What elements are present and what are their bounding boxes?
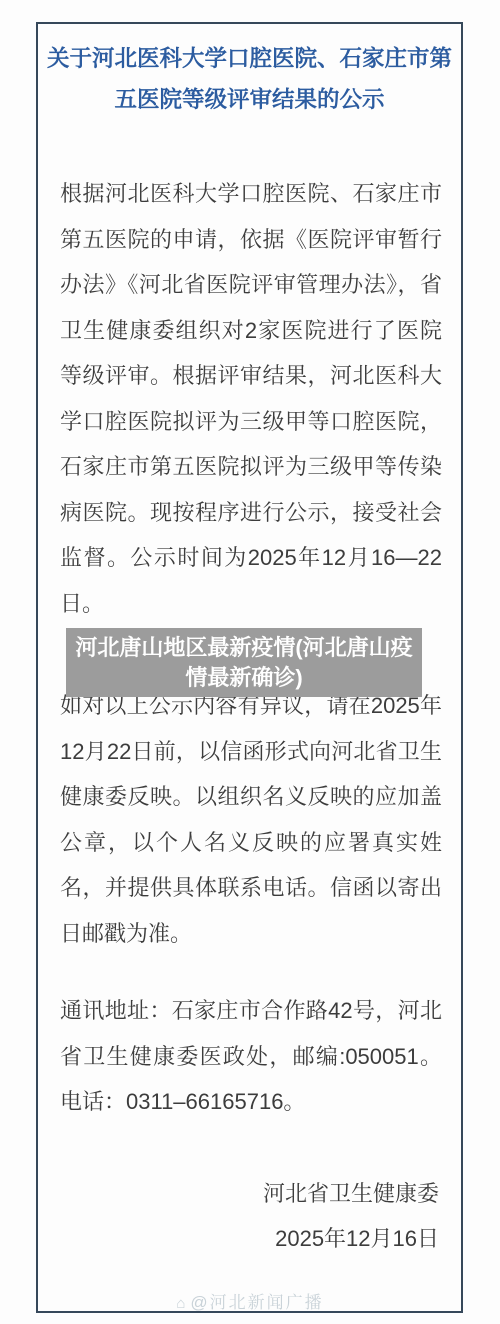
- overlay-title-line2: 情最新确诊): [66, 663, 422, 693]
- issuer-signature: 河北省卫生健康委: [263, 1181, 439, 1207]
- seo-title-overlay: 河北唐山地区最新疫情(河北唐山疫 情最新确诊): [66, 628, 422, 697]
- paragraph-objection-instructions: 如对以上公示内容有异议，请在2025年12月22日前，以信函形式向河北省卫生健康…: [60, 683, 442, 956]
- paragraph-review-result: 根据河北医科大学口腔医院、石家庄市第五医院的申请，依据《医院评审暂行办法》《河北…: [60, 171, 442, 626]
- overlay-title-line1: 河北唐山地区最新疫情(河北唐山疫: [66, 633, 422, 663]
- issue-date: 2025年12月16日: [275, 1226, 439, 1252]
- announcement-page: ⌂@河北新闻广播 关于河北医科大学口腔医院、石家庄市第 五医院等级评审结果的公示…: [0, 0, 500, 1324]
- document-title: 关于河北医科大学口腔医院、石家庄市第 五医院等级评审结果的公示: [38, 38, 461, 120]
- paragraph-contact-address: 通讯地址：石家庄市合作路42号，河北省卫生健康委医政处，邮编:050051。电话…: [60, 988, 442, 1125]
- document-title-line1: 关于河北医科大学口腔医院、石家庄市第: [38, 38, 461, 79]
- document-title-line2: 五医院等级评审结果的公示: [38, 79, 461, 120]
